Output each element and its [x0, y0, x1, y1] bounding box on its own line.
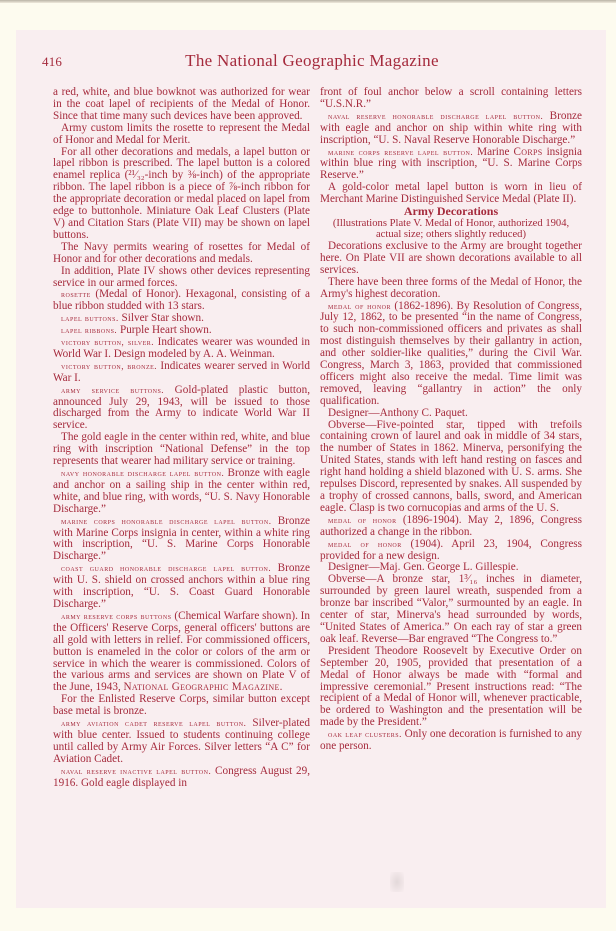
paragraph-tail: .	[280, 681, 283, 693]
paragraph-lead: Oak leaf clusters.	[328, 729, 402, 739]
paragraph-lead: Lapel ribbons.	[61, 325, 117, 335]
right-column-top: front of foul anchor below a scroll cont…	[320, 87, 582, 206]
paragraph-text: Purple Heart shown.	[117, 324, 211, 336]
paragraph: Medal of honor (1904). April 23, 1904, C…	[320, 539, 582, 563]
paragraph-text: a red, white, and blue bowknot was autho…	[53, 86, 310, 122]
paragraph-text: For the Enlisted Reserve Corps, similar …	[53, 693, 310, 717]
paragraph: Victory button, bronze. Indicates wearer…	[53, 361, 310, 385]
paragraph: Medal of honor (1896-1904). May 2, 1896,…	[320, 515, 582, 539]
paragraph-lead: Naval reserve inactive lapel button.	[61, 766, 211, 776]
paragraph: For the Enlisted Reserve Corps, similar …	[53, 694, 310, 718]
paragraph-lead: Army service buttons.	[61, 385, 164, 395]
paragraph: Army custom limits the rosette to repres…	[53, 123, 310, 147]
paragraph: In addition, Plate IV shows other device…	[53, 266, 310, 290]
paragraph-text: Obverse—Five-pointed star, tipped with t…	[320, 419, 582, 514]
paragraph: Army aviation cadet reserve lapel button…	[53, 718, 310, 766]
section-heading: Army Decorations	[320, 206, 582, 218]
paragraph: Marine corps reserve lapel button. Marin…	[320, 147, 582, 183]
paragraph-lead: Naval reserve honorable discharge lapel …	[328, 111, 543, 121]
paragraph-lead: Coast Guard honorable discharge lapel bu…	[61, 563, 271, 573]
paragraph-text: In addition, Plate IV shows other device…	[53, 265, 310, 289]
right-column-bottom: Decorations exclusive to the Army are br…	[320, 241, 582, 753]
paragraph: Rosette (Medal of Honor). Hexagonal, con…	[53, 289, 310, 313]
paragraph-text: Marine	[473, 146, 513, 158]
paragraph-lead: Navy honorable discharge lapel button.	[61, 468, 224, 478]
paragraph-text: The Navy permits wearing of rosettes for…	[53, 241, 310, 265]
page-header: 416 The National Geographic Magazine	[42, 51, 582, 73]
paragraph: A gold-color metal lapel button is worn …	[320, 182, 582, 206]
paragraph: a red, white, and blue bowknot was autho…	[53, 87, 310, 123]
paragraph: Obverse—Five-pointed star, tipped with t…	[320, 420, 582, 515]
paragraph: Naval reserve inactive lapel button. Con…	[53, 766, 310, 790]
paragraph: There have been three forms of the Medal…	[320, 277, 582, 301]
paragraph: front of foul anchor below a scroll cont…	[320, 87, 582, 111]
paragraph-text: Designer—Anthony C. Paquet.	[328, 407, 468, 419]
paragraph-text: Silver Star shown.	[119, 312, 204, 324]
paragraph: Army service buttons. Gold-plated plasti…	[53, 385, 310, 433]
left-column: a red, white, and blue bowknot was autho…	[53, 87, 310, 789]
paragraph: Naval reserve honorable discharge lapel …	[320, 111, 582, 147]
paragraph-text: front of foul anchor below a scroll cont…	[320, 86, 582, 110]
paragraph-text: A gold-color metal lapel button is worn …	[320, 181, 582, 205]
paragraph: Marine Corps honorable discharge lapel b…	[53, 516, 310, 564]
paragraph-text: President Theodore Roosevelt by Executiv…	[320, 645, 582, 728]
right-column: front of foul anchor below a scroll cont…	[320, 87, 582, 753]
paragraph-text: For all other decorations and medals, a …	[53, 146, 310, 241]
paragraph: The gold eagle in the center within red,…	[53, 432, 310, 468]
paragraph-lead: Medal of honor	[328, 515, 397, 525]
paragraph: Oak leaf clusters. Only one decoration i…	[320, 729, 582, 753]
paragraph-lead: Victory button, silver.	[61, 337, 154, 347]
paragraph-text: There have been three forms of the Medal…	[320, 276, 582, 300]
paragraph-text: (1862-1896). By Resolution of Congress, …	[320, 300, 582, 407]
paragraph-lead: Victory button, bronze.	[61, 361, 157, 371]
paragraph-text: Army custom limits the rosette to repres…	[53, 122, 310, 146]
paragraph-lead: Medal of honor	[328, 539, 402, 549]
paragraph-lead: Marine corps reserve lapel button.	[328, 147, 473, 157]
paragraph-text: Designer—Maj. Gen. George L. Gillespie.	[328, 561, 519, 573]
paragraph: President Theodore Roosevelt by Executiv…	[320, 646, 582, 729]
paragraph-lead: Army aviation cadet reserve lapel button…	[61, 718, 246, 728]
paragraph: Decorations exclusive to the Army are br…	[320, 241, 582, 277]
paragraph: Navy honorable discharge lapel button. B…	[53, 468, 310, 516]
running-title: The National Geographic Magazine	[42, 51, 582, 71]
paragraph: Victory button, silver. Indicates wearer…	[53, 337, 310, 361]
paragraph: Medal of honor (1862-1896). By Resolutio…	[320, 301, 582, 408]
paragraph: Coast Guard honorable discharge lapel bu…	[53, 563, 310, 611]
paragraph-smallcaps: National Geo­graphic Magazine	[124, 681, 280, 693]
paragraph-lead: Army reserve corps buttons	[61, 611, 172, 621]
paragraph-text: The gold eagle in the center within red,…	[53, 431, 310, 467]
paragraph-lead: Marine Corps honorable discharge lapel b…	[61, 516, 271, 526]
section-caption: (Illustrations Plate V. Medal of Honor, …	[320, 218, 582, 241]
paragraph-text: (Medal of Honor). Hexagonal, con­sisting…	[53, 288, 310, 312]
paragraph-lead: Medal of honor	[328, 301, 391, 311]
paragraph-text: Decorations exclusive to the Army are br…	[320, 240, 582, 276]
scan-top-edge	[0, 0, 616, 3]
paragraph: The Navy permits wearing of rosettes for…	[53, 242, 310, 266]
paragraph: For all other decorations and medals, a …	[53, 147, 310, 242]
paragraph-lead: Lapel buttons.	[61, 313, 119, 323]
paragraph: Army reserve corps buttons (Chemical War…	[53, 611, 310, 694]
paragraph-smallcaps: Corps	[514, 146, 543, 158]
paragraph-text: Obverse—A bronze star, 1³⁄₁₆ inches in d…	[320, 573, 582, 645]
scan-smudge	[390, 872, 404, 892]
paragraph-lead: Rosette	[61, 289, 91, 299]
paragraph: Obverse—A bronze star, 1³⁄₁₆ inches in d…	[320, 574, 582, 645]
